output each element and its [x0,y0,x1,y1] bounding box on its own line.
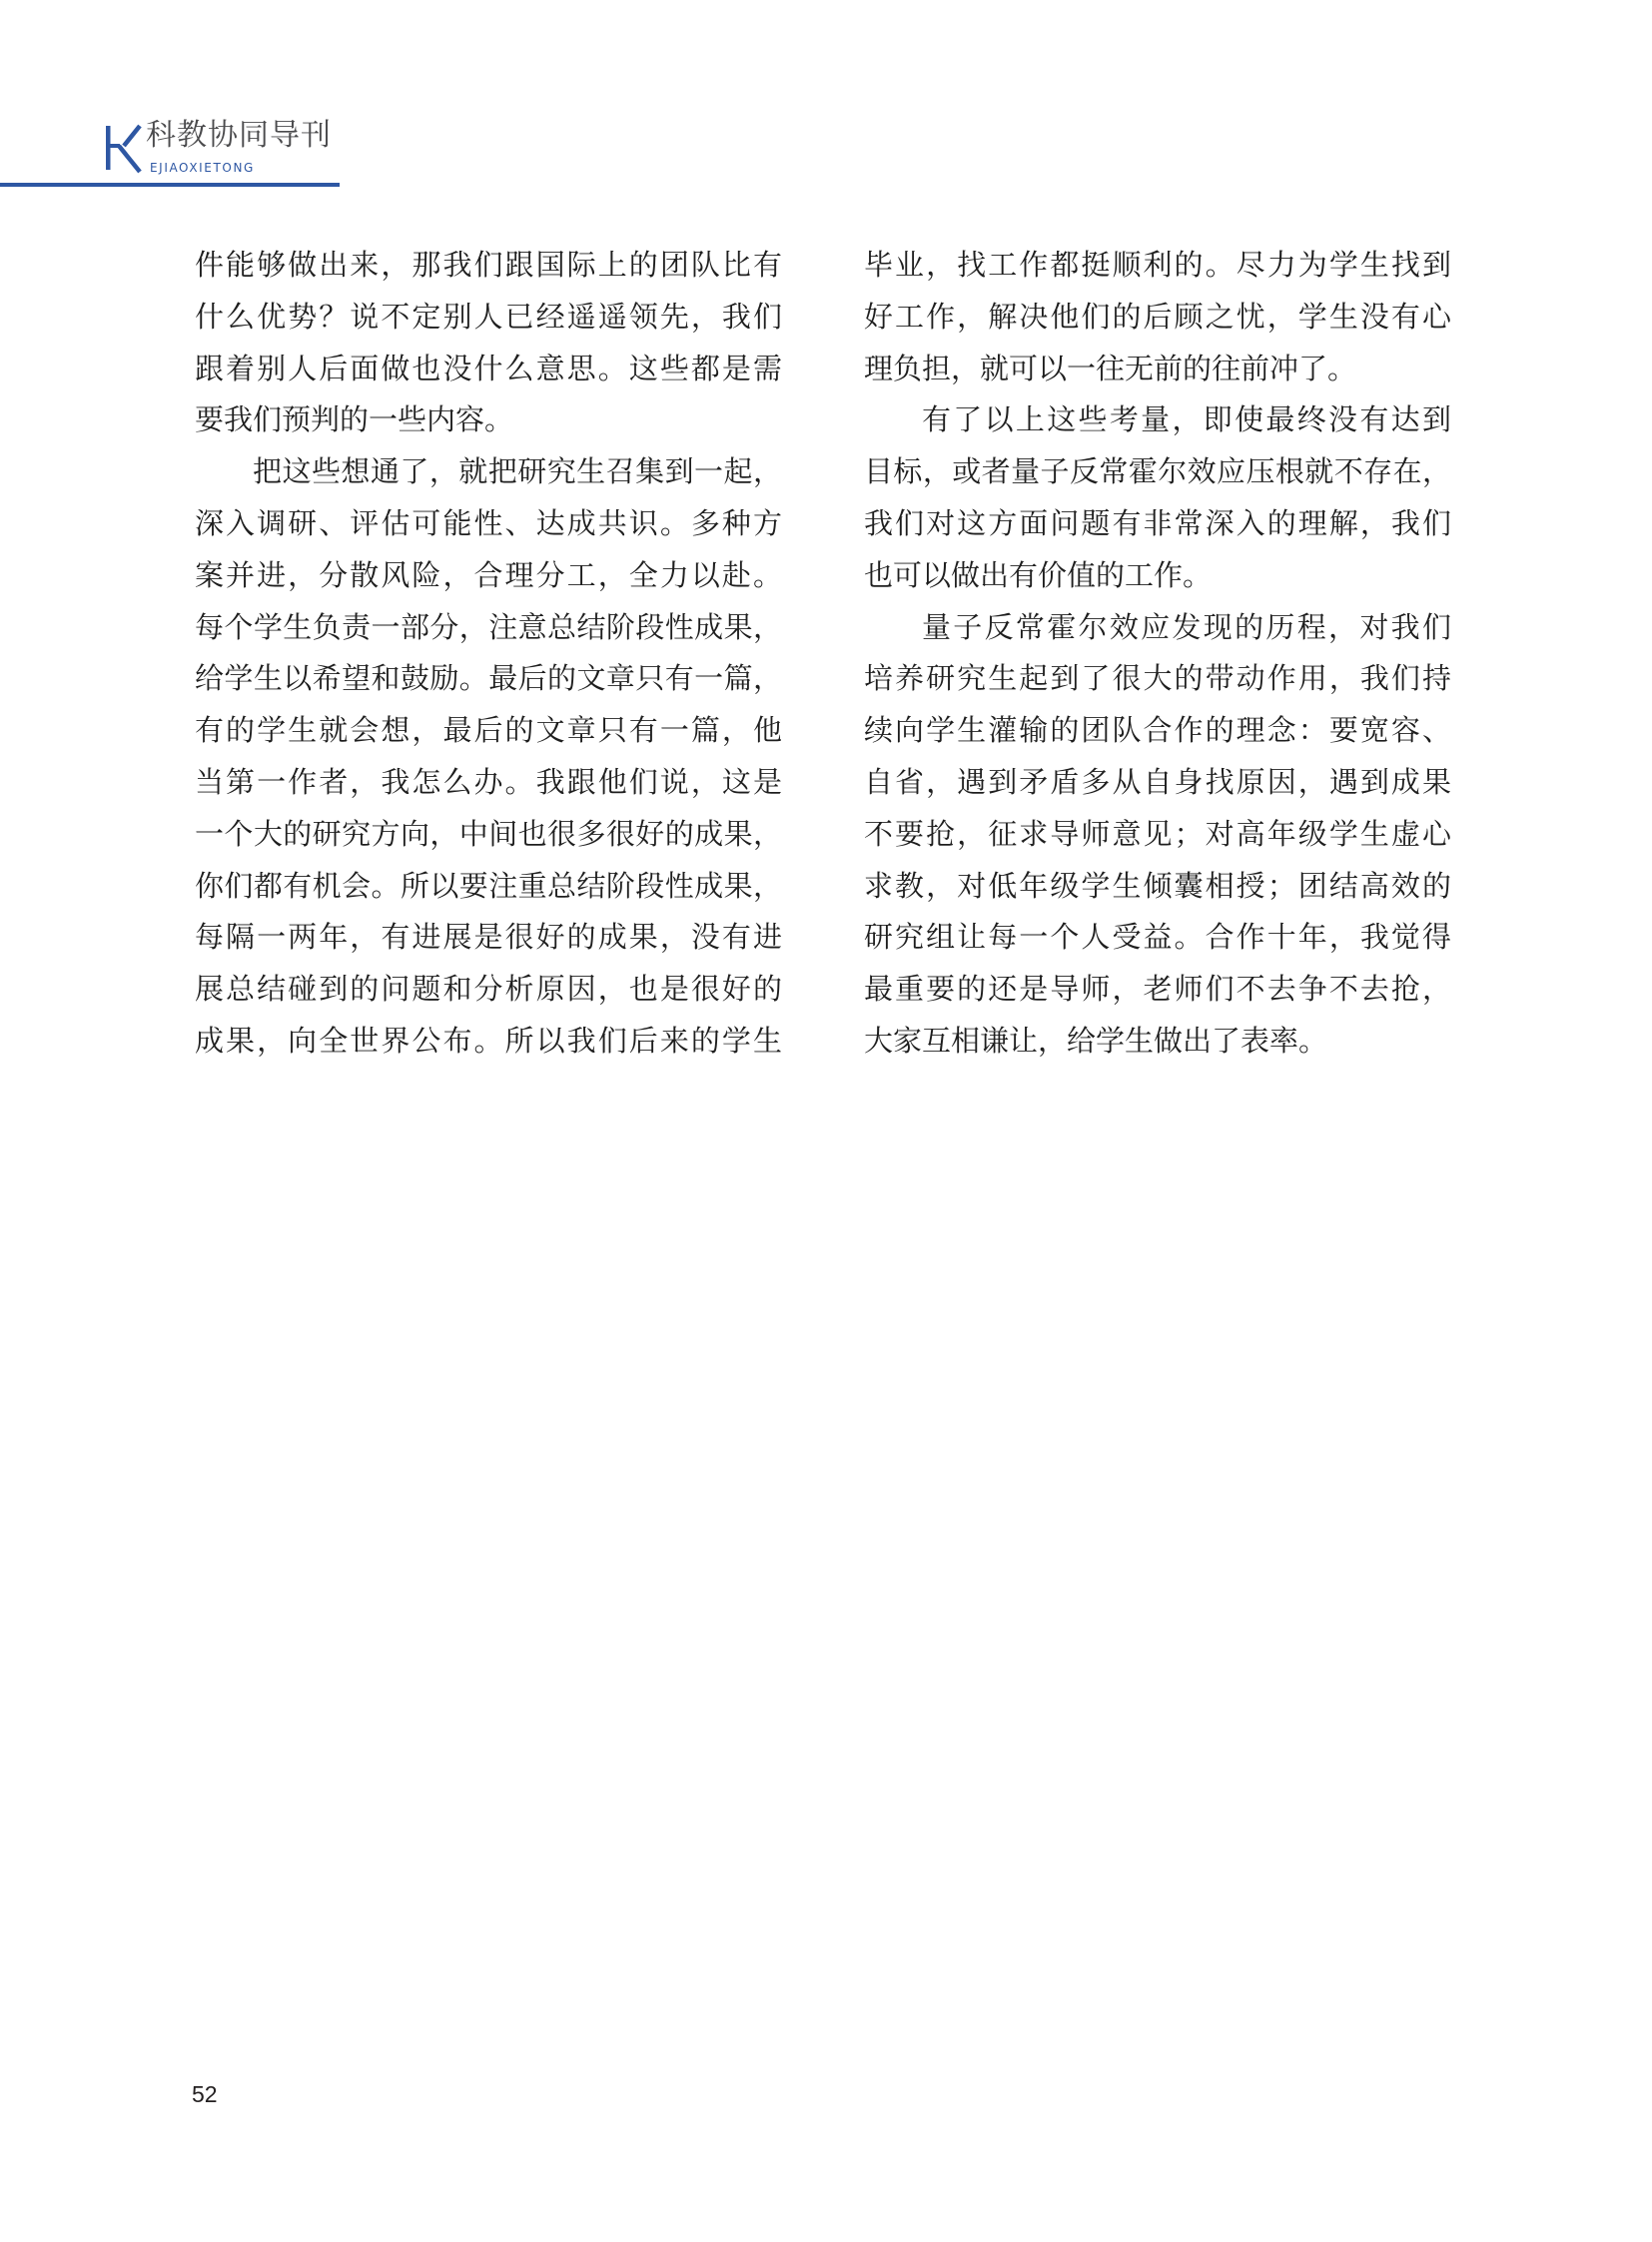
text-line: 好工作，解决他们的后顾之忧，学生没有心 [864,292,1451,344]
text-line: 研究组让每一个人受益。合作十年，我觉得 [864,912,1451,964]
text-line: 每隔一两年，有进展是很好的成果，没有进 [195,912,782,964]
text-line: 有了以上这些考量，即使最终没有达到 [864,394,1451,446]
text-line: 给学生以希望和鼓励。最后的文章只有一篇， [195,653,782,705]
text-line: 自省，遇到矛盾多从自身找原因，遇到成果 [864,757,1451,809]
text-line: 我们对这方面问题有非常深入的理解，我们 [864,498,1451,550]
text-line: 量子反常霍尔效应发现的历程，对我们 [864,602,1451,654]
text-line: 件能够做出来，那我们跟国际上的团队比有 [195,240,782,292]
text-line: 目标，或者量子反常霍尔效应压根就不存在， [864,446,1451,498]
text-line: 把这些想通了，就把研究生召集到一起， [195,446,782,498]
text-line: 求教，对低年级学生倾囊相授；团结高效的 [864,861,1451,913]
text-line: 跟着别人后面做也没什么意思。这些都是需 [195,344,782,395]
text-line: 当第一作者，我怎么办。我跟他们说，这是 [195,757,782,809]
left-column: 件能够做出来，那我们跟国际上的团队比有 什么优势？说不定别人已经遥遥领先，我们 … [195,240,782,1068]
text-line: 要我们预判的一些内容。 [195,394,782,446]
right-column: 毕业，找工作都挺顺利的。尽力为学生找到 好工作，解决他们的后顾之忧，学生没有心 … [864,240,1451,1068]
text-line: 有的学生就会想，最后的文章只有一篇，他 [195,705,782,757]
text-line: 也可以做出有价值的工作。 [864,550,1451,602]
text-line: 培养研究生起到了很大的带动作用，我们持 [864,653,1451,705]
text-line: 理负担，就可以一往无前的往前冲了。 [864,344,1451,395]
text-line: 展总结碰到的问题和分析原因，也是很好的 [195,964,782,1016]
text-line: 每个学生负责一部分，注意总结阶段性成果， [195,602,782,654]
text-line: 案并进，分散风险，合理分工，全力以赴。 [195,550,782,602]
text-line: 不要抢，征求导师意见；对高年级学生虚心 [864,809,1451,861]
journal-title: 科教协同导刊 [146,117,332,155]
text-line: 什么优势？说不定别人已经遥遥领先，我们 [195,292,782,344]
journal-subtitle: EJIAOXIETONG [150,161,255,175]
logo-k-icon [106,124,146,174]
text-line: 续向学生灌输的团队合作的理念：要宽容、 [864,705,1451,757]
header-divider [0,183,340,187]
page-number: 52 [192,2080,218,2108]
text-line: 最重要的还是导师，老师们不去争不去抢， [864,964,1451,1016]
text-line: 一个大的研究方向，中间也很多很好的成果， [195,809,782,861]
text-line: 毕业，找工作都挺顺利的。尽力为学生找到 [864,240,1451,292]
text-line: 成果，向全世界公布。所以我们后来的学生 [195,1016,782,1068]
text-line: 大家互相谦让，给学生做出了表率。 [864,1016,1451,1068]
text-line: 深入调研、评估可能性、达成共识。多种方 [195,498,782,550]
text-line: 你们都有机会。所以要注重总结阶段性成果， [195,861,782,913]
